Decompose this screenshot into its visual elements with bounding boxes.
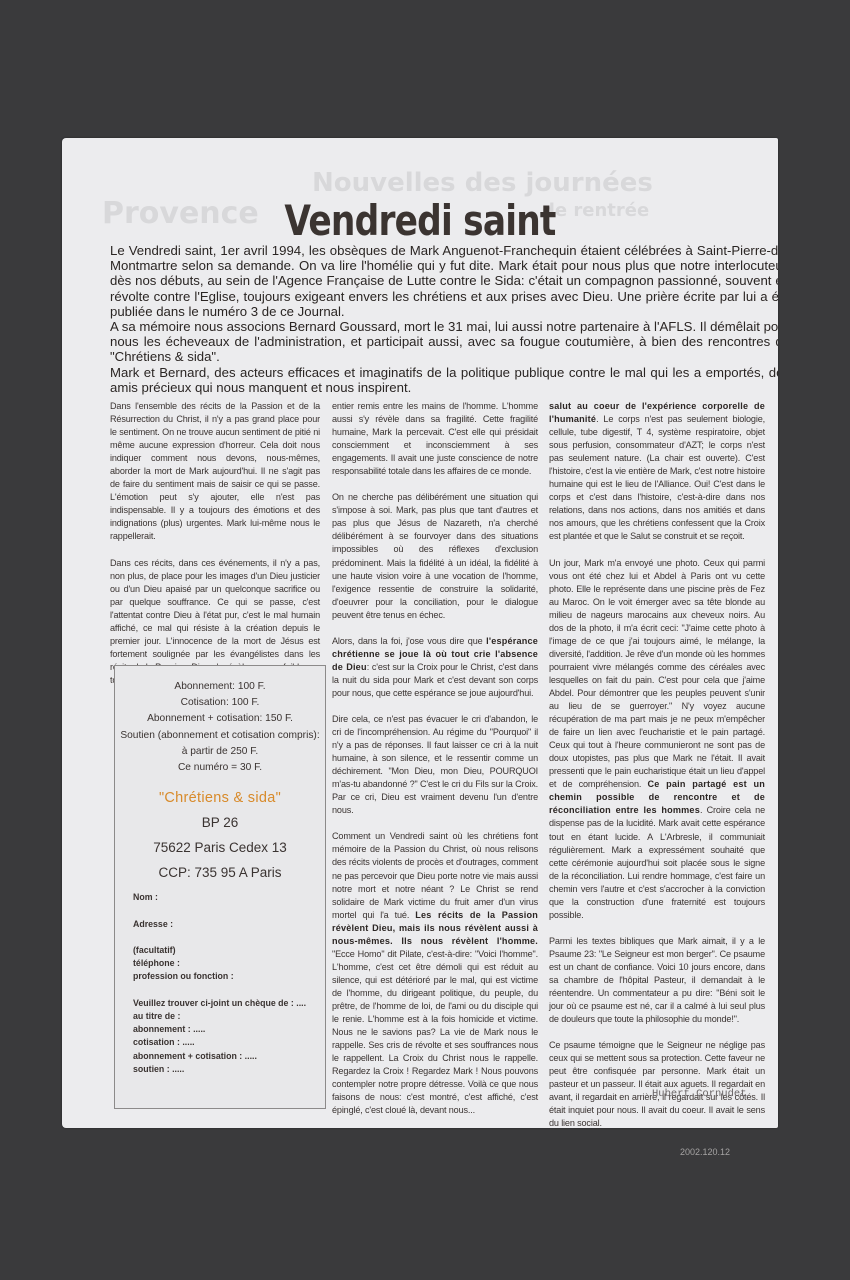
- postal-address: BP 26 75622 Paris Cedex 13 CCP: 735 95 A…: [115, 810, 325, 885]
- combined-option: abonnement + cotisation : .....: [133, 1050, 325, 1063]
- body-paragraph: Alors, dans la foi, j'ose vous dire que …: [332, 635, 538, 700]
- subscription-box: Abonnement: 100 F. Cotisation: 100 F. Ab…: [114, 665, 326, 1109]
- cheque-label: Veuillez trouver ci-joint un chèque de :…: [133, 997, 325, 1010]
- price-issue: Ce numéro = 30 F.: [115, 760, 325, 776]
- title-label: au titre de :: [133, 1010, 325, 1023]
- membership-option: cotisation : .....: [133, 1036, 325, 1049]
- document-page: Provence Nouvelles des journées de rentr…: [62, 138, 778, 1128]
- po-box: BP 26: [115, 810, 325, 835]
- support-option: soutien : .....: [133, 1063, 325, 1076]
- ccp-account: CCP: 735 95 A Paris: [115, 860, 325, 885]
- body-paragraph: Parmi les textes bibliques que Mark aima…: [549, 935, 765, 1026]
- subscription-form: Nom : Adresse : (facultatif) téléphone :…: [133, 891, 325, 1076]
- intro-paragraph: Le Vendredi saint, 1er avril 1994, les o…: [110, 243, 778, 319]
- price-combined: Abonnement + cotisation: 150 F.: [115, 711, 325, 727]
- intro-paragraph: A sa mémoire nous associons Bernard Gous…: [110, 319, 778, 365]
- column-3: salut au coeur de l'expérience corporell…: [549, 400, 765, 1128]
- body-paragraph: entier remis entre les mains de l'homme.…: [332, 400, 538, 478]
- body-paragraph: Dire cela, ce n'est pas évacuer le cri d…: [332, 713, 538, 817]
- article-title: Vendredi saint: [126, 196, 713, 245]
- organization-name: "Chrétiens & sida": [115, 790, 325, 806]
- price-support-amount: à partir de 250 F.: [115, 744, 325, 760]
- address-field-label: Adresse :: [133, 918, 325, 931]
- body-paragraph: salut au coeur de l'expérience corporell…: [549, 400, 765, 544]
- price-list: Abonnement: 100 F. Cotisation: 100 F. Ab…: [115, 679, 325, 776]
- column-2: entier remis entre les mains de l'homme.…: [332, 400, 538, 1128]
- author-signature: Hubert Cornudet: [652, 1088, 747, 1100]
- phone-field-label: téléphone :: [133, 957, 325, 970]
- show-through-text-right: Nouvelles des journées: [312, 168, 653, 198]
- price-membership: Cotisation: 100 F.: [115, 695, 325, 711]
- city-line: 75622 Paris Cedex 13: [115, 835, 325, 860]
- optional-label: (facultatif): [133, 944, 325, 957]
- column-1: Dans l'ensemble des récits de la Passion…: [110, 400, 320, 700]
- body-paragraph: Dans l'ensemble des récits de la Passion…: [110, 400, 320, 544]
- price-subscription: Abonnement: 100 F.: [115, 679, 325, 695]
- body-paragraph: On ne cherche pas délibérément une situa…: [332, 491, 538, 621]
- name-field-label: Nom :: [133, 891, 325, 904]
- body-paragraph: Comment un Vendredi saint où les chrétie…: [332, 830, 538, 1117]
- article-intro: Le Vendredi saint, 1er avril 1994, les o…: [110, 243, 778, 395]
- body-paragraph: Ce psaume témoigne que le Seigneur ne né…: [549, 1039, 765, 1128]
- archive-pencil-mark: 2002.120.12: [680, 1147, 730, 1157]
- price-support: Soutien (abonnement et cotisation compri…: [115, 728, 325, 744]
- profession-field-label: profession ou fonction :: [133, 970, 325, 983]
- intro-paragraph: Mark et Bernard, des acteurs efficaces e…: [110, 365, 778, 395]
- body-paragraph: Un jour, Mark m'a envoyé une photo. Ceux…: [549, 557, 765, 922]
- subscription-option: abonnement : .....: [133, 1023, 325, 1036]
